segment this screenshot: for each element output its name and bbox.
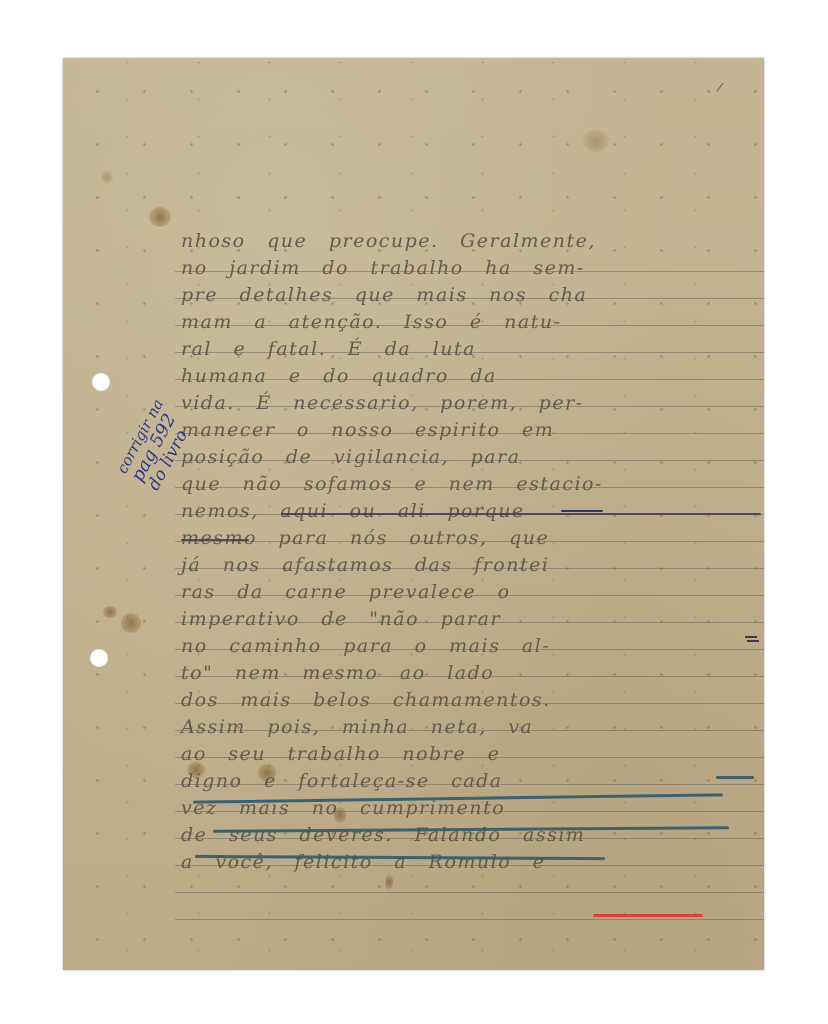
- red-underline-romulo: [593, 914, 703, 917]
- stain: [583, 130, 609, 152]
- text-line: mam a atenção. Isso é natu-: [181, 309, 756, 336]
- text-line: nemos, aqui ou ali porque: [181, 498, 756, 525]
- margin-dash: [747, 640, 759, 642]
- text-line: dos mais belos chamamentos.: [181, 687, 756, 714]
- text-line: no caminho para o mais al-: [181, 633, 756, 660]
- handwritten-text: nhoso que preocupe. Geralmente, no jardi…: [181, 228, 756, 876]
- pencil-underline-nemos: [181, 539, 249, 541]
- margin-dash: [745, 636, 757, 638]
- text-line: que não sofamos e nem estacio-: [181, 471, 756, 498]
- pencil-underline-line-10: [281, 513, 761, 515]
- text-line: posição de vigilancia, para: [181, 444, 756, 471]
- manuscript-page: / nhoso que preocupe. Geralmente, no jar…: [63, 58, 764, 970]
- text-line: ral e fatal. É da luta: [181, 336, 756, 363]
- blue-underline-va: [716, 776, 754, 779]
- text-line: vida. É necessario, porem, per-: [181, 390, 756, 417]
- punch-hole-bottom: [90, 649, 108, 667]
- text-line: digno e fortaleça-se cada: [181, 768, 756, 795]
- text-line: ras da carne prevalece o: [181, 579, 756, 606]
- stain: [101, 171, 113, 183]
- text-line: mesmo para nós outros, que: [181, 525, 756, 552]
- text-line: no jardim do trabalho ha sem-: [181, 255, 756, 282]
- text-line: humana e do quadro da: [181, 363, 756, 390]
- punch-hole-top: [92, 373, 110, 391]
- text-line: pre detalhes que mais nos cha: [181, 282, 756, 309]
- text-line: já nos afastamos das frontei: [181, 552, 756, 579]
- page-corner-mark: /: [716, 80, 725, 95]
- text-line: imperativo de "não parar: [181, 606, 756, 633]
- text-line: ao seu trabalho nobre e: [181, 741, 756, 768]
- text-line: manecer o nosso espirito em: [181, 417, 756, 444]
- stain: [103, 606, 117, 618]
- text-line: Assim pois, minha neta, va: [181, 714, 756, 741]
- text-line: to" nem mesmo ao lado: [181, 660, 756, 687]
- stain: [121, 613, 141, 633]
- stain: [149, 207, 171, 227]
- pencil-underline-nem: [561, 510, 603, 512]
- text-line: a você, felicito a Romulo e: [181, 849, 756, 876]
- text-line: nhoso que preocupe. Geralmente,: [181, 228, 756, 255]
